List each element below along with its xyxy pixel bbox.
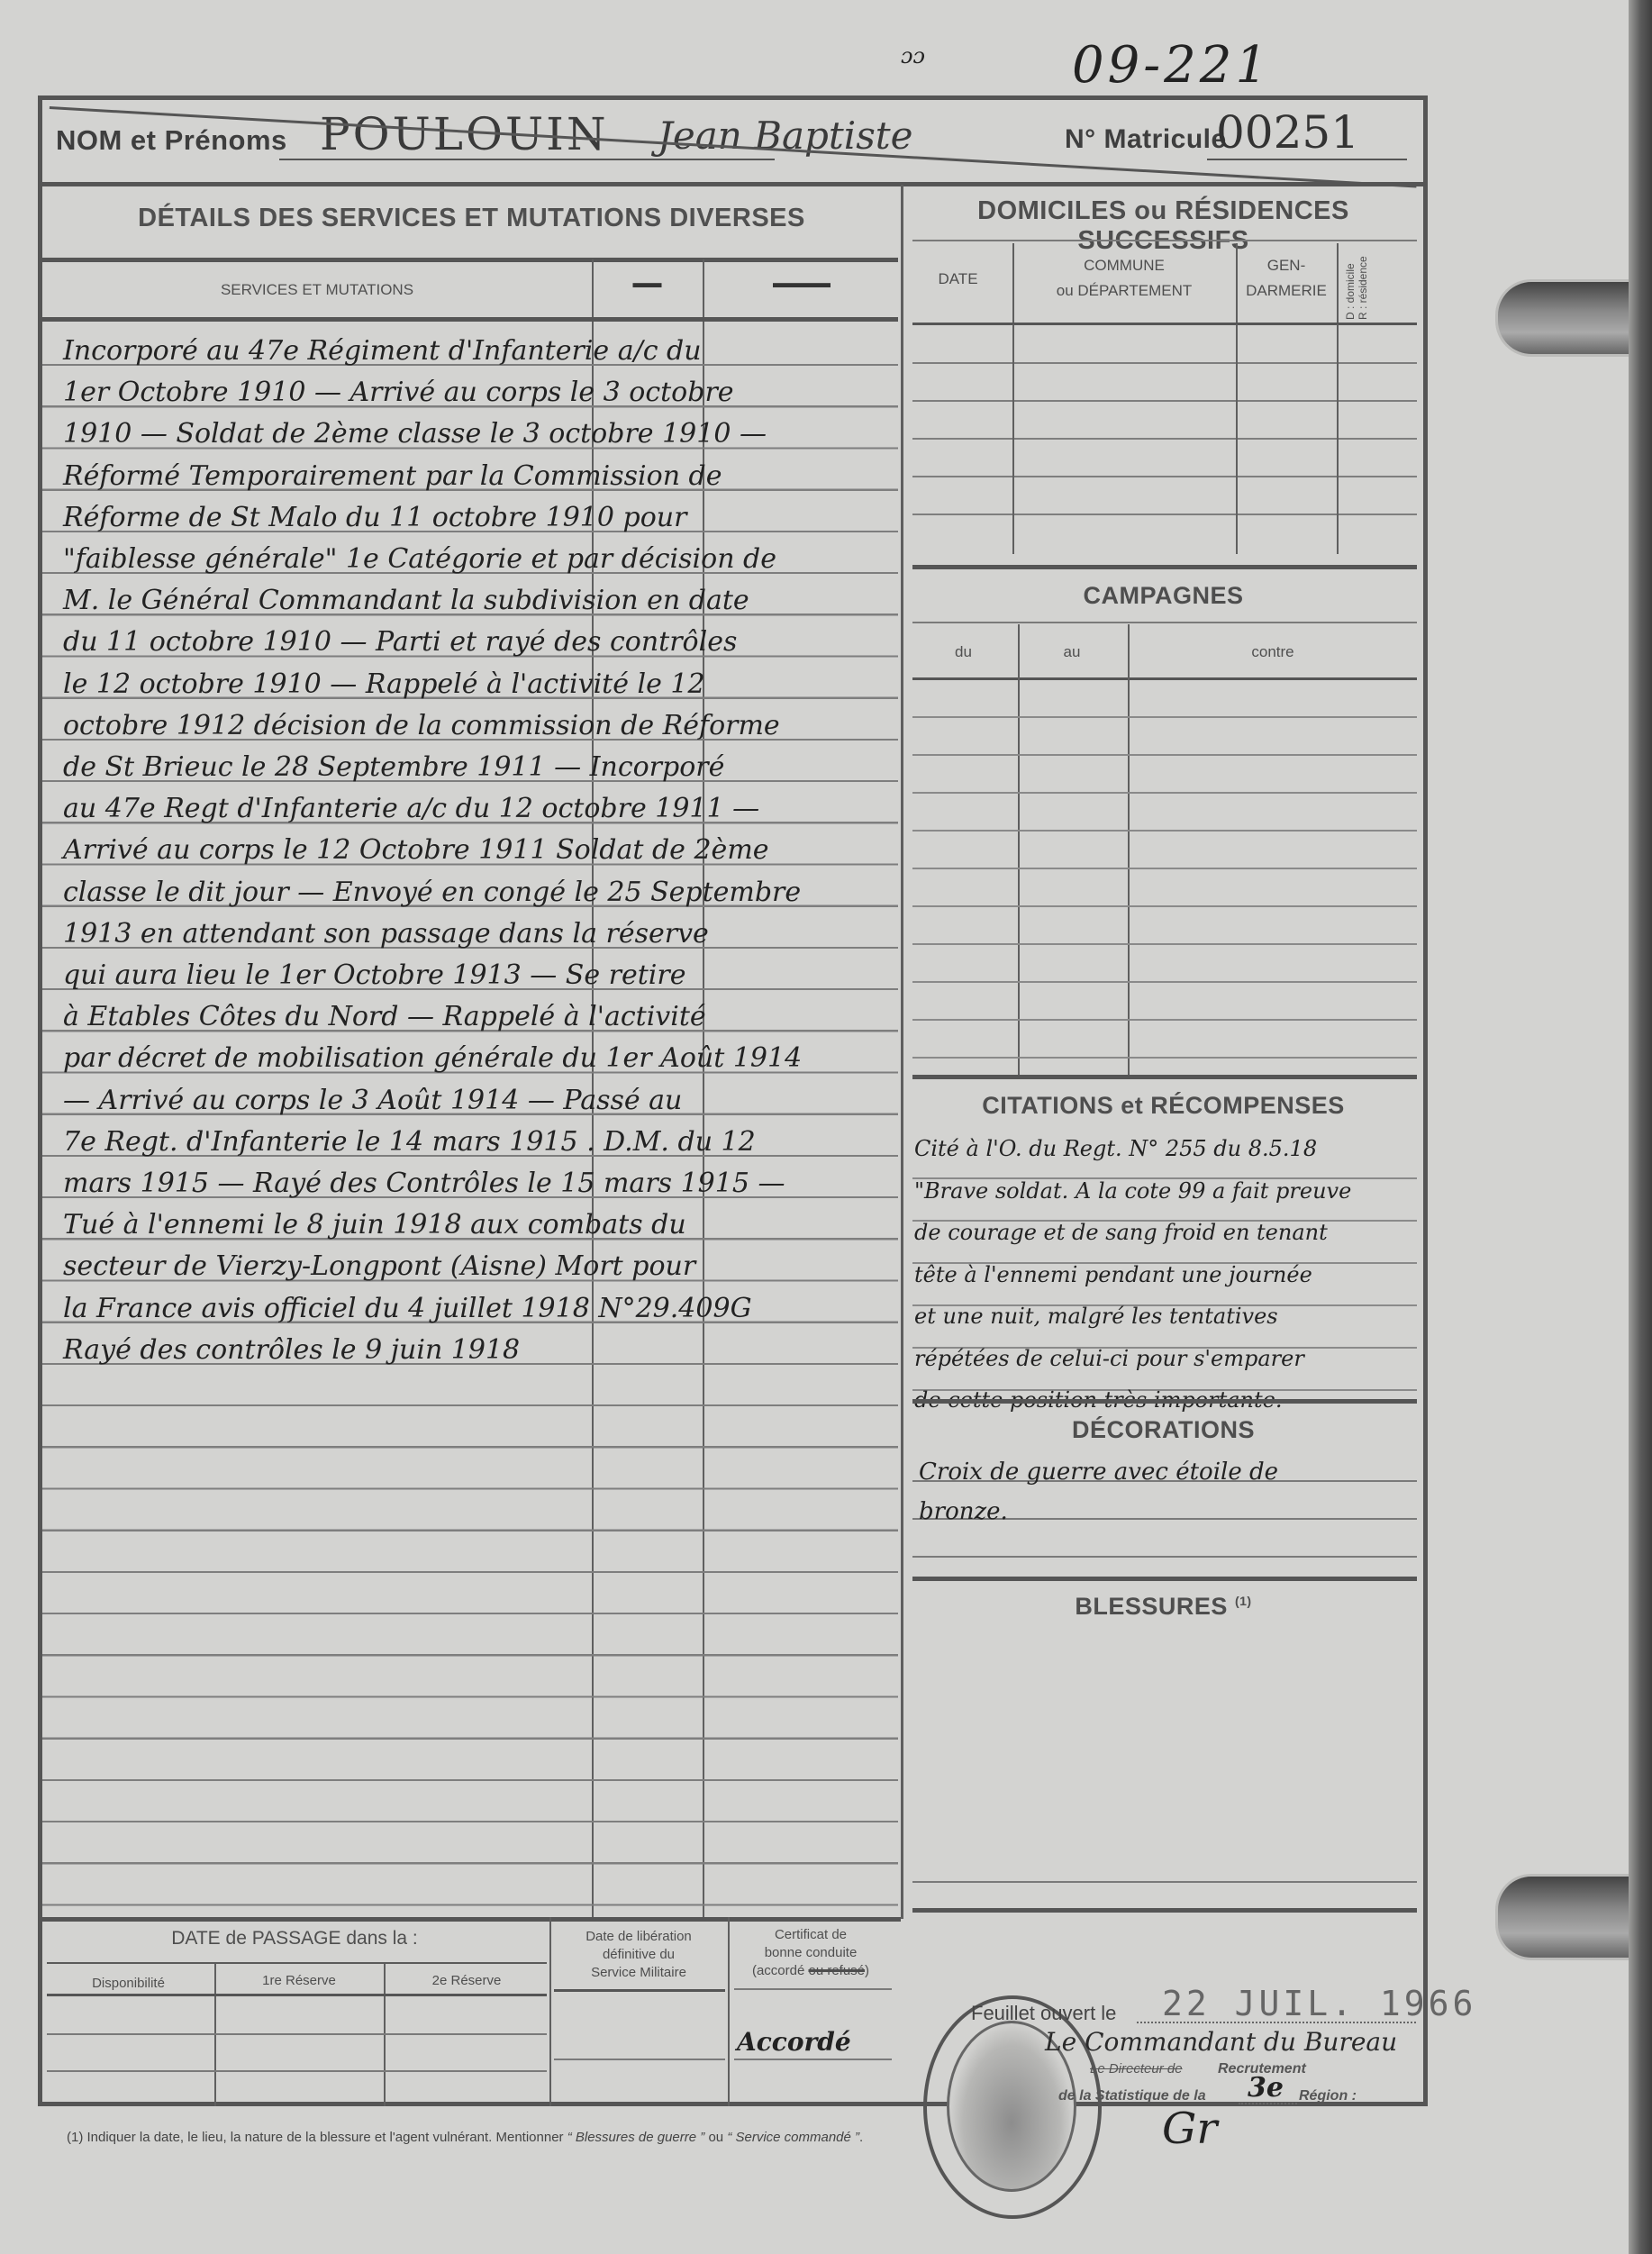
certificat-header-3: (accordé ou refusé) (730, 1962, 892, 1980)
certificat-header-2: bonne conduite (730, 1944, 892, 1962)
dom-header-commune-1: COMMUNE (1012, 257, 1236, 275)
dom-header-gendarmerie-1: GEN- (1236, 257, 1337, 275)
surname: POULOUIN (320, 108, 609, 160)
campagnes-bottom-divider (912, 1075, 1417, 1079)
footer-top-divider (42, 1917, 901, 1922)
footnote-text-3: . (859, 2130, 863, 2145)
footnote-text-1: (1) Indiquer la date, le lieu, la nature… (67, 2130, 567, 2145)
domiciles-title-divider (912, 240, 1417, 241)
date-stamp: 22 JUIL. 1966 (1162, 1984, 1476, 2023)
dom-header-gendarmerie-2: DARMERIE (1236, 282, 1337, 300)
decorations-title: DÉCORATIONS (903, 1416, 1423, 1444)
dom-header-d: D : domicile (1344, 256, 1357, 320)
campagnes-header-au: au (1018, 643, 1126, 661)
footnote-italic-2: “ Service commandé ” (727, 2130, 859, 2145)
certificat-close-paren: ) (865, 1963, 869, 1978)
passage-rule-2 (47, 2070, 547, 2072)
footnote-text-2: ou (704, 2130, 727, 2145)
campagnes-ruled-area (912, 680, 1417, 1072)
decorations-text: Croix de guerre avec étoile de bronze. (919, 1452, 1423, 1531)
footnote-italic-1: “ Blessures de guerre ” (567, 2130, 705, 2145)
passage-header-divider (47, 1994, 547, 1996)
blessures-bottom-divider (912, 1908, 1417, 1913)
liberation-header-2: définitive du (549, 1946, 728, 1964)
passage-title-divider (47, 1962, 547, 1964)
dom-col-3b (1337, 324, 1339, 554)
dom-header-date: DATE (903, 270, 1012, 288)
blessures-footnote: (1) Indiquer la date, le lieu, la nature… (47, 2128, 912, 2148)
citations-title: CITATIONS et RÉCOMPENSES (903, 1092, 1423, 1120)
liberation-header-1: Date de libération (549, 1928, 728, 1946)
blessures-title-text: BLESSURES (1075, 1593, 1228, 1620)
dom-header-dr: D : domicile R : résidence (1344, 256, 1369, 320)
dom-header-commune: COMMUNE ou DÉPARTEMENT (1012, 257, 1236, 300)
reference-number: 09-221 (1072, 36, 1271, 95)
certificat-divider (734, 1988, 892, 1990)
column-divider (901, 185, 903, 1919)
dom-header-divider (912, 323, 1417, 325)
liberation-header-3: Service Militaire (549, 1964, 728, 1982)
campagnes-header-du: du (912, 643, 1014, 661)
struck-directeur-line: Le Directeur de (1090, 2061, 1183, 2077)
citations-bottom-divider (912, 1399, 1417, 1404)
passage-title: DATE de PASSAGE dans la : (42, 1928, 547, 1950)
services-header-divider (42, 317, 898, 322)
dom-header-commune-2: ou DÉPARTEMENT (1012, 282, 1236, 300)
services-column-header: SERVICES ET MUTATIONS (42, 281, 592, 299)
struck-header-1: ▬▬ (592, 276, 703, 292)
domiciles-bottom-divider (912, 565, 1417, 569)
region-number: 3e (1248, 2072, 1284, 2104)
binding-tab-bottom (1495, 1874, 1633, 1960)
passage-rule-1 (47, 2033, 547, 2035)
name-label: NOM et Prénoms (56, 124, 287, 157)
certificat-refuse-struck: ou refusé (808, 1963, 865, 1978)
dom-col-1b (1012, 324, 1014, 554)
commander-signature: Gr (1162, 2104, 1217, 2154)
document-page: ɔɔ 09-221 NOM et Prénoms POULOUIN Jean B… (0, 0, 1634, 2254)
domiciles-ruled-area (912, 326, 1417, 551)
certificat-accorde-label: (accordé (752, 1963, 804, 1978)
services-title-divider (42, 258, 898, 262)
blessures-title: BLESSURES (1) (903, 1593, 1423, 1621)
blessures-footnote-mark: (1) (1235, 1594, 1252, 1608)
certificat-header: Certificat de bonne conduite (accordé ou… (730, 1926, 892, 1980)
certificat-value: Accordé (737, 2027, 851, 2057)
dom-header-gendarmerie: GEN- DARMERIE (1236, 257, 1337, 300)
small-annotation: ɔɔ (901, 43, 925, 68)
region-label: Région : (1299, 2088, 1357, 2104)
dom-col-2b (1236, 324, 1238, 554)
statistique-label: de la Statistique de la (1058, 2088, 1206, 2104)
passage-col-reserve1: 1re Réserve (214, 1973, 384, 1988)
services-text: Incorporé au 47e Régiment d'Infanterie a… (63, 331, 892, 1371)
certificat-header-1: Certificat de (730, 1926, 892, 1944)
citations-text: Cité à l'O. du Regt. N° 255 du 8.5.18 "B… (914, 1128, 1455, 1422)
certificat-rule (734, 2059, 892, 2060)
signature-title: Le Commandant du Bureau (1045, 2027, 1397, 2057)
struck-header-2: ▬▬▬▬ (703, 276, 901, 292)
matricule-label: N° Matricule (1065, 124, 1227, 155)
binding-tab-top (1495, 279, 1633, 357)
liberation-divider (554, 1989, 725, 1992)
feuillet-label: Feuillet ouvert le (971, 2002, 1116, 2025)
services-title: DÉTAILS DES SERVICES ET MUTATIONS DIVERS… (42, 204, 901, 233)
liberation-rule (554, 2059, 725, 2060)
matricule-value: 00251 (1216, 106, 1359, 159)
passage-col-reserve2: 2e Réserve (384, 1973, 549, 1988)
campagnes-title-divider (912, 622, 1417, 623)
name-row-divider (42, 182, 1423, 186)
decorations-bottom-divider (912, 1577, 1417, 1581)
blessures-rule (912, 1881, 1417, 1883)
binder-spine (1629, 0, 1652, 2254)
campagnes-header-contre: contre (1129, 643, 1417, 661)
matricule-underline (1207, 159, 1407, 160)
passage-col-disponibilite: Disponibilité (42, 1976, 214, 1991)
dom-header-r: R : résidence (1357, 256, 1369, 320)
liberation-header: Date de libération définitive du Service… (549, 1928, 728, 1982)
domiciles-title: DOMICILES ou RÉSIDENCES SUCCESSIFS (903, 196, 1423, 256)
campagnes-title: CAMPAGNES (903, 582, 1423, 610)
decorations-rule-3 (912, 1556, 1417, 1558)
